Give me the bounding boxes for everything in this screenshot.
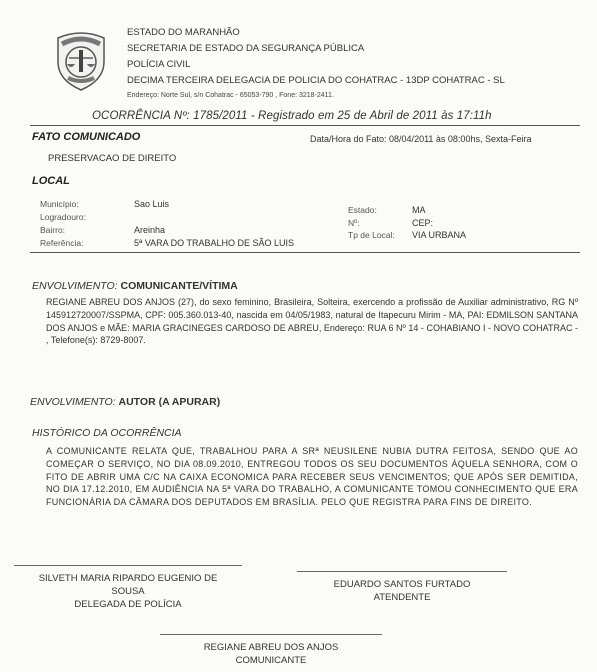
historico-heading: HISTÓRICO DA OCORRÊNCIA xyxy=(32,427,182,439)
signature-role: ATENDENTE xyxy=(297,591,507,604)
fato-heading: FATO COMUNICADO xyxy=(32,131,140,143)
local-label: Referência: xyxy=(40,238,83,248)
envolvimento-role: AUTOR (A APURAR) xyxy=(119,396,221,408)
local-label: Município: xyxy=(40,199,79,209)
local-label: Estado: xyxy=(348,205,377,215)
local-label: Bairro: xyxy=(40,225,65,235)
signature-role: DELEGADA DE POLÍCIA xyxy=(14,598,242,611)
signature-line xyxy=(297,571,507,572)
envolvimento-comunicante-heading: ENVOLVIMENTO: COMUNICANTE/VÍTIMA xyxy=(32,280,238,292)
signature-name: REGIANE ABREU DOS ANJOS xyxy=(160,641,382,654)
signature-line xyxy=(160,634,382,635)
envolvimento-label: ENVOLVIMENTO: xyxy=(32,280,118,292)
header-department: POLÍCIA CIVIL xyxy=(127,57,190,73)
local-label: Logradouro: xyxy=(40,212,86,222)
signature-atendente: EDUARDO SANTOS FURTADO ATENDENTE xyxy=(297,578,507,604)
signature-role: COMUNICANTE xyxy=(160,654,382,667)
divider xyxy=(30,125,580,126)
local-value: Sao Luis xyxy=(134,199,169,209)
local-label: Tp de Local: xyxy=(348,230,395,240)
occurrence-title: OCORRÊNCIA Nº: 1785/2011 - Registrado em… xyxy=(92,110,492,122)
local-value: 5ª VARA DO TRABALHO DE SÃO LUIS xyxy=(134,238,294,248)
local-value: VIA URBANA xyxy=(412,230,466,240)
signature-line xyxy=(14,565,242,566)
header-secretariat: SECRETARIA DE ESTADO DA SEGURANÇA PÚBLIC… xyxy=(127,41,364,57)
signature-name: EDUARDO SANTOS FURTADO xyxy=(297,578,507,591)
envolvimento-autor-heading: ENVOLVIMENTO: AUTOR (A APURAR) xyxy=(30,396,220,408)
local-heading: LOCAL xyxy=(32,175,70,187)
signature-name: SILVETH MARIA RIPARDO EUGENIO DE SOUSA xyxy=(14,572,242,598)
header-state: ESTADO DO MARANHÃO xyxy=(127,25,240,41)
envolvimento-role: COMUNICANTE/VÍTIMA xyxy=(121,280,238,292)
signature-comunicante: REGIANE ABREU DOS ANJOS COMUNICANTE xyxy=(160,641,382,667)
local-value: CEP: xyxy=(412,218,433,228)
local-value: Areinha xyxy=(134,225,165,235)
header-delegacia: DECIMA TERCEIRA DELEGACIA DE POLICIA DO … xyxy=(127,73,505,89)
fato-datetime: Data/Hora do Fato: 08/04/2011 às 08:00hs… xyxy=(310,134,531,144)
comunicante-details: REGIANE ABREU DOS ANJOS (27), do sexo fe… xyxy=(46,296,578,347)
policia-civil-badge-icon xyxy=(52,28,110,92)
signature-delegada: SILVETH MARIA RIPARDO EUGENIO DE SOUSA D… xyxy=(14,572,242,611)
historico-text: A COMUNICANTE RELATA QUE, TRABALHOU PARA… xyxy=(46,445,578,509)
fato-description: PRESERVACAO DE DIREITO xyxy=(48,153,176,164)
local-value: MA xyxy=(412,205,426,215)
envolvimento-label: ENVOLVIMENTO: xyxy=(30,396,116,408)
divider xyxy=(30,252,580,253)
header-address: Endereço: Norte Sul, s/n Cohatrac - 6505… xyxy=(127,88,334,104)
local-label: Nº: xyxy=(348,218,360,228)
